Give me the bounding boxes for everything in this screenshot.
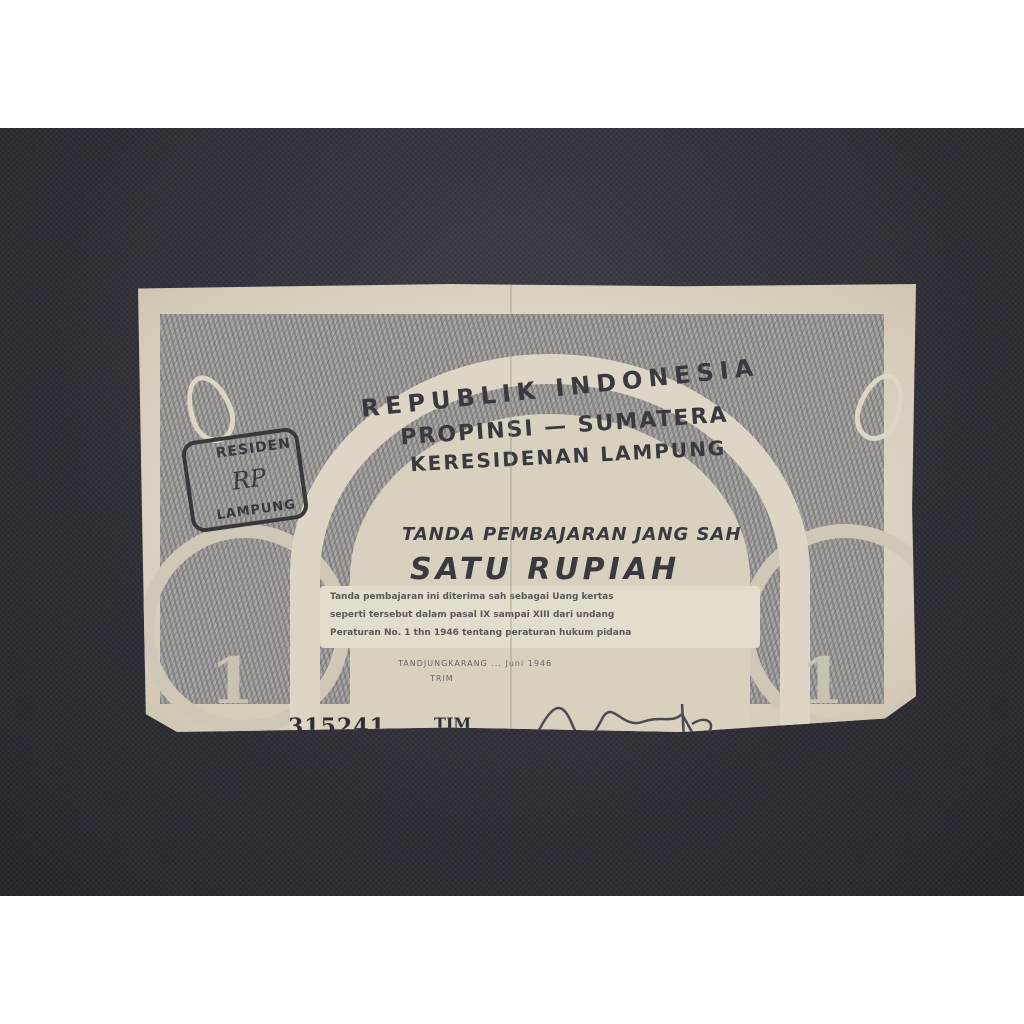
place-label-text: TRIM: [430, 674, 454, 683]
legal-line: Peraturan No. 1 thn 1946 tentang peratur…: [330, 628, 631, 638]
denomination-numeral-left: 1: [210, 644, 255, 719]
stamp-monogram-icon: RP: [230, 463, 268, 495]
leaf-ornament-right-icon: [847, 367, 912, 448]
stamp-bottom-text: LAMPUNG: [216, 497, 297, 523]
legal-line: seperti tersebut dalam pasal IX sampai X…: [330, 610, 614, 620]
legal-text-box: Tanda pembajaran ini diterima sah sebaga…: [320, 586, 760, 648]
stamp-top-text: RESIDEN: [215, 435, 292, 461]
title-text: TANDA PEMBAJARAN JANG SAH: [402, 524, 742, 545]
denomination-numeral-right: 1: [800, 644, 845, 719]
place-date-text: TANDJUNGKARANG ... Juni 1946: [398, 659, 552, 668]
banknote: REPUBLIK INDONESIA PROPINSI — SUMATERA K…: [138, 284, 916, 732]
residency-stamp: RESIDEN RP LAMPUNG: [180, 426, 310, 534]
legal-line: Tanda pembajaran ini diterima sah sebaga…: [330, 592, 614, 602]
fold-crease: [510, 284, 512, 732]
denomination-text: SATU RUPIAH: [410, 552, 680, 587]
